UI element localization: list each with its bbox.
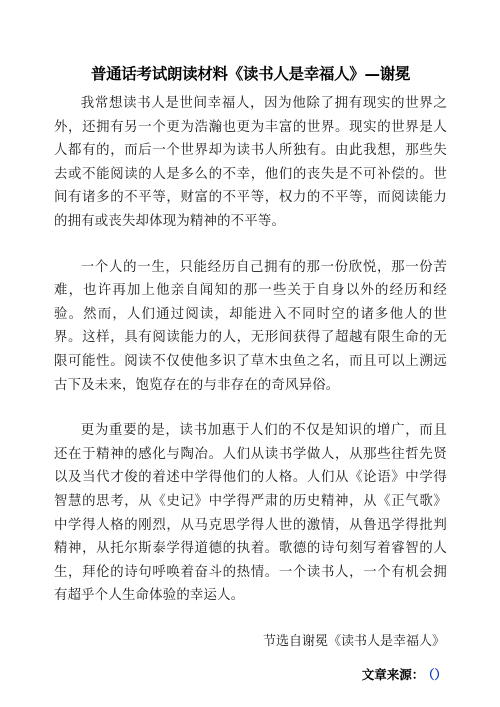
paragraph-2: 一个人的一生，只能经历自己拥有的那一份欣悦，那一份苦难，也许再加上他亲自闻知的那… — [54, 256, 447, 398]
paragraph-gap — [54, 234, 447, 256]
article-source-link[interactable]: （） — [428, 667, 447, 682]
paragraph-3: 更为重要的是，读书加惠于人们的不仅是知识的增广，而且还在于精神的感化与陶冶。人们… — [54, 419, 447, 608]
document-page: 普通话考试朗读材料《读书人是幸福人》—谢冕 我常想读书人是世间幸福人，因为他除了… — [54, 62, 447, 687]
excerpt-note: 节选自谢冕《读书人是幸福人》 — [54, 630, 447, 654]
paragraph-gap — [54, 397, 447, 419]
paragraph-gap — [54, 653, 447, 663]
paragraph-gap — [54, 608, 447, 630]
article-source: 文章来源：（） — [54, 663, 447, 687]
paragraph-1: 我常想读书人是世间幸福人，因为他除了拥有现实的世界之外，还拥有另一个更为浩瀚也更… — [54, 92, 447, 234]
document-title: 普通话考试朗读材料《读书人是幸福人》—谢冕 — [48, 62, 453, 86]
article-source-label: 文章来源： — [362, 667, 425, 682]
